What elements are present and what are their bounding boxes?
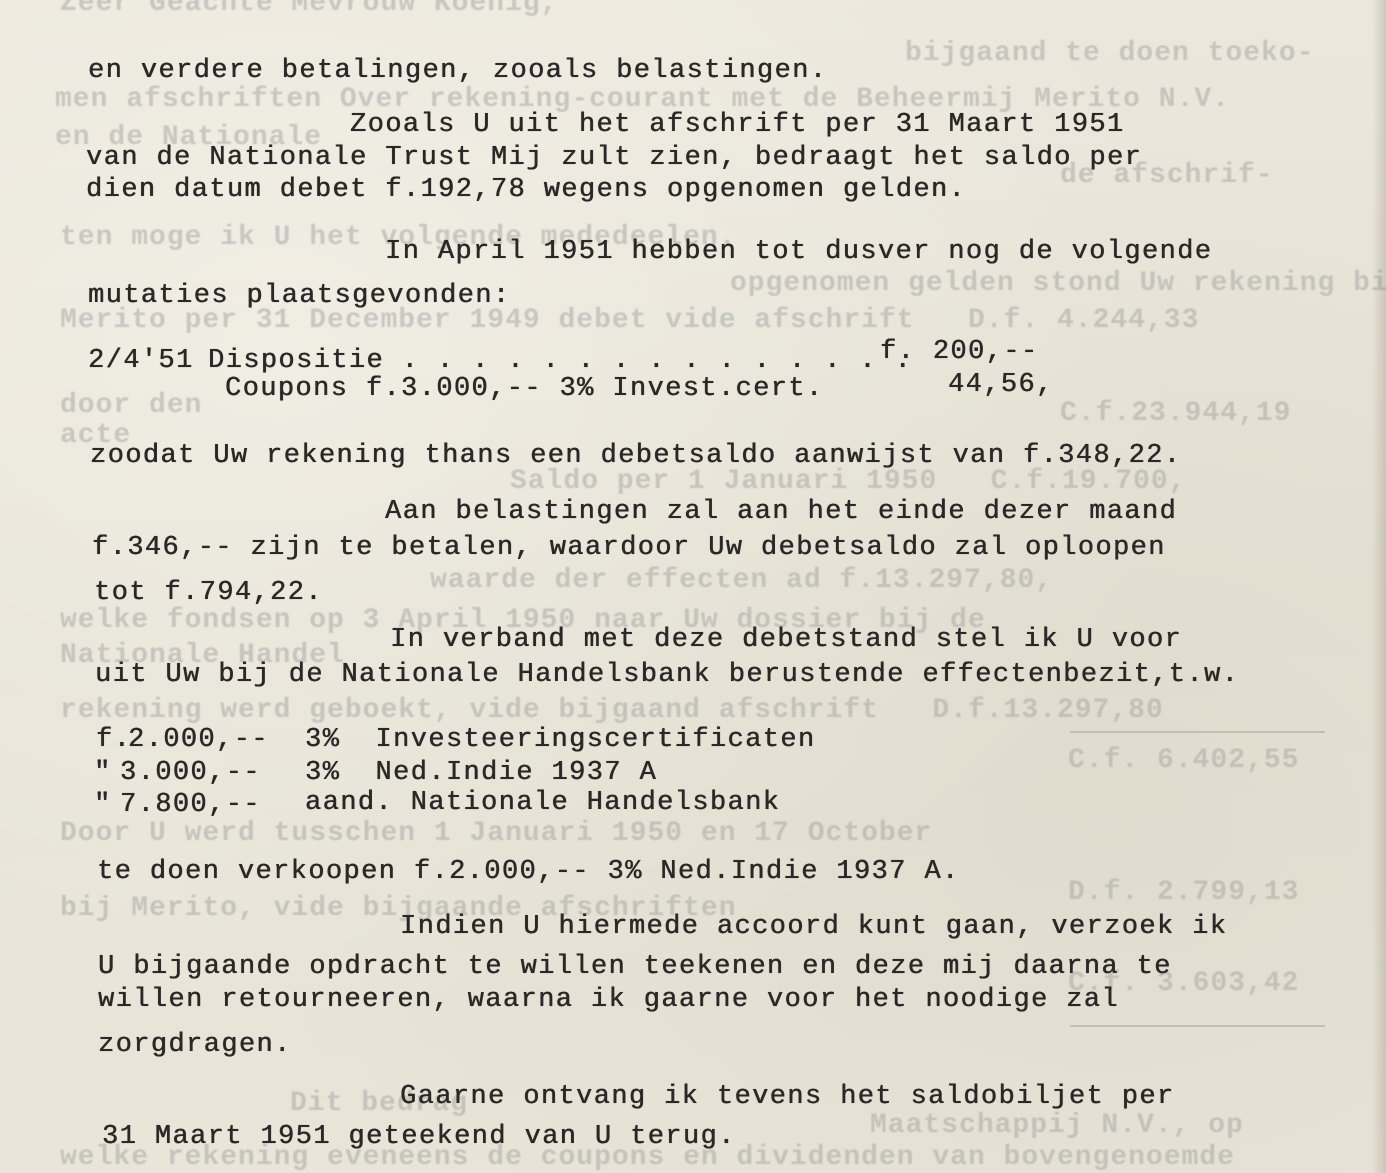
bleed-through-text: bijgaand te doen toeko- <box>905 38 1314 69</box>
paragraph-line: Aan belastingen zal aan het einde dezer … <box>385 497 1177 527</box>
security-amount: 7.800,-- <box>120 790 261 820</box>
mutation-description: Coupons f.3.000,-- 3% Invest.cert. <box>225 374 824 404</box>
paragraph-line: zoodat Uw rekening thans een debetsaldo … <box>90 441 1181 471</box>
bleed-through-text: rekening werd geboekt, vide bijgaand afs… <box>60 695 1164 726</box>
paragraph-line: zorgdragen. <box>98 1030 292 1060</box>
bleed-through-rule <box>1070 1025 1325 1027</box>
mutation-date: 2/4'51 <box>88 346 194 376</box>
paragraph-line: U bijgaande opdracht te willen teekenen … <box>98 952 1172 982</box>
paragraph-line: willen retourneeren, waarna ik gaarne vo… <box>98 985 1119 1015</box>
paragraph-line: 31 Maart 1951 geteekend van U terug. <box>102 1122 736 1152</box>
paragraph-line: Indien U hiermede accoord kunt gaan, ver… <box>400 912 1227 942</box>
paragraph-line: In April 1951 hebben tot dusver nog de v… <box>385 237 1212 267</box>
bleed-through-text: waarde der effecten ad f.13.297,80, <box>430 565 1053 596</box>
security-amount: 3.000,-- <box>120 758 261 788</box>
mutation-description: Dispositie . . . . . . . . . . . . . . . <box>208 346 912 376</box>
paragraph-line: tot f.794,22. <box>94 578 323 608</box>
bleed-through-text: opgenomen gelden stond Uw rekening bij <box>730 268 1386 299</box>
paragraph-line: Gaarne ontvang ik tevens het saldobiljet… <box>400 1082 1175 1112</box>
mutation-amount: 44,56, <box>948 370 1054 400</box>
bleed-through-text: D.f. 2.799,13 <box>1068 877 1299 908</box>
paragraph-line: Zooals U uit het afschrift per 31 Maart … <box>350 110 1125 140</box>
security-prefix: " <box>94 758 112 788</box>
security-description: 3% Ned.Indie 1937 A <box>305 758 657 788</box>
bleed-through-text: Door U werd tusschen 1 Januari 1950 en 1… <box>60 818 932 849</box>
bleed-through-text: C.f. 6.402,55 <box>1068 745 1299 776</box>
bleed-through-text: door den <box>60 390 202 421</box>
paragraph-line: f.346,-- zijn te betalen, waardoor Uw de… <box>92 533 1166 563</box>
security-prefix: " <box>94 790 112 820</box>
security-description: aand. Nationale Handelsbank <box>305 788 780 818</box>
paragraph-line: te doen verkoopen f.2.000,-- 3% Ned.Indi… <box>97 857 960 887</box>
bleed-through-text: C.f.23.944,19 <box>1060 398 1291 429</box>
bleed-through-rule <box>1070 731 1325 733</box>
scanned-letter-page: Zeer Geachte Mevrouw Koenig, bijgaand te… <box>0 0 1386 1173</box>
paragraph-line: dien datum debet f.192,78 wegens opgenom… <box>86 175 966 205</box>
paragraph-line: van de Nationale Trust Mij zult zien, be… <box>86 143 1142 173</box>
mutation-amount: f. 200,-- <box>880 337 1038 367</box>
security-amount: 2.000,-- <box>128 725 269 755</box>
paragraph-line: mutaties plaatsgevonden: <box>88 281 510 311</box>
bleed-through-text: Maatschappij N.V., op <box>870 1110 1244 1141</box>
bleed-through-text: Zeer Geachte Mevrouw Koenig, <box>60 0 558 19</box>
security-description: 3% Investeeringscertificaten <box>305 725 815 755</box>
paragraph-line: In verband met deze debetstand stel ik U… <box>390 625 1182 655</box>
paragraph-line: uit Uw bij de Nationale Handelsbank beru… <box>95 660 1239 690</box>
paragraph-line: en verdere betalingen, zooals belastinge… <box>88 56 827 86</box>
security-prefix: f. <box>96 725 131 755</box>
